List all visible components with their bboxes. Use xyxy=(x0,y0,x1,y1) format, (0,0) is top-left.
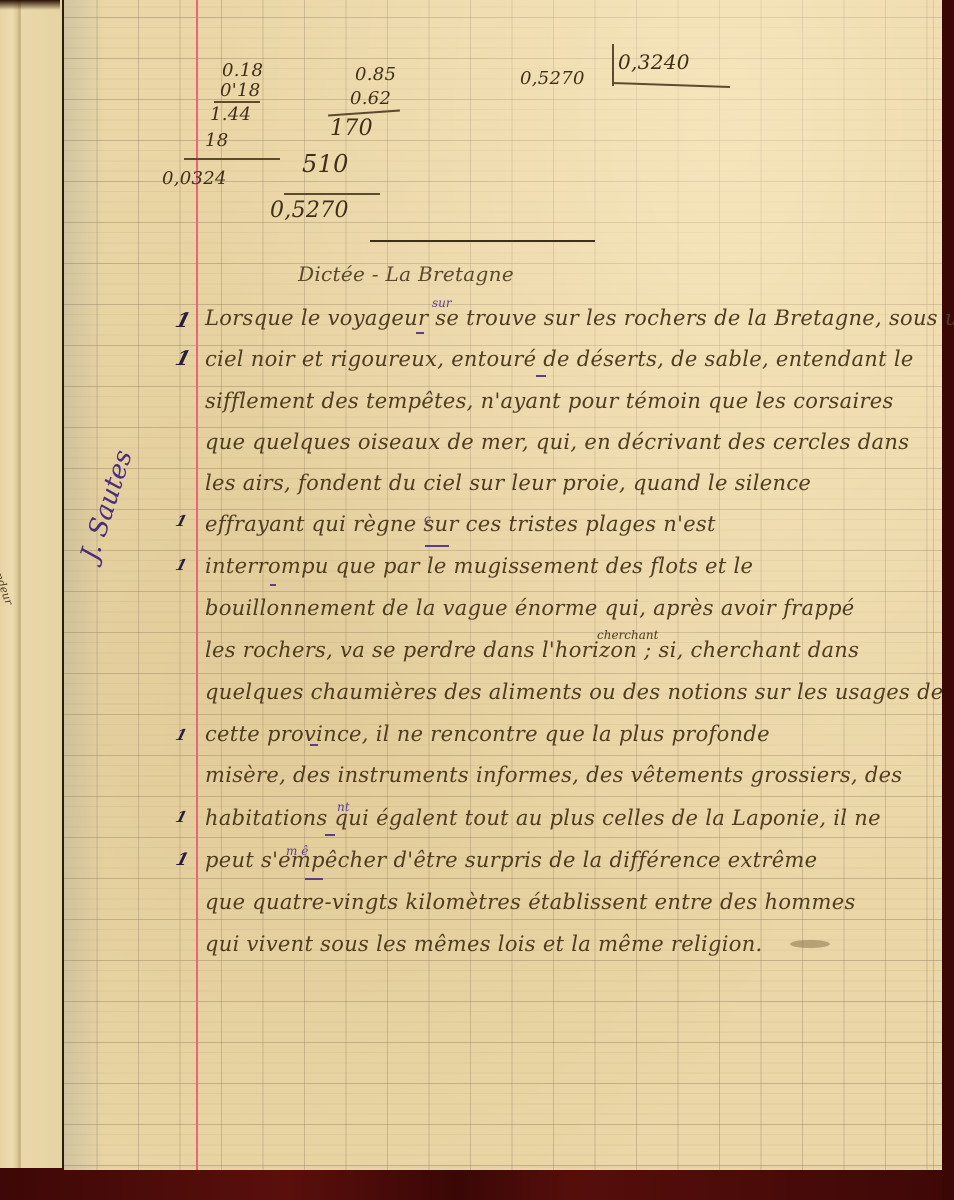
correction-ces: c xyxy=(424,512,431,526)
dictation-line: Lorsque le voyageur se trouve sur les ro… xyxy=(205,306,954,330)
dictation-line: les rochers, va se perdre dans l'horizon… xyxy=(205,638,859,662)
correction-underline xyxy=(425,545,449,547)
binding-shadow xyxy=(0,0,60,10)
correction-underline xyxy=(305,878,323,880)
side-value-right: 0,3240 xyxy=(618,50,690,74)
calc1-rule-1 xyxy=(214,101,260,103)
left-page-stack: ondeur xyxy=(0,0,64,1168)
dictation-line: ciel noir et rigoureux, entouré de déser… xyxy=(205,347,914,371)
calc2-operand-b: 0.62 xyxy=(350,88,391,109)
dictation-line: que quatre-vingts kilomètres établissent… xyxy=(205,890,856,914)
calc1-operand-a: 0.18 xyxy=(222,60,263,81)
dictation-line: effrayant qui règne sur ces tristes plag… xyxy=(205,512,716,536)
correction-egalent: nt xyxy=(337,800,350,814)
correction-underline xyxy=(536,375,546,377)
dictation-line: que quelques oiseaux de mer, qui, en déc… xyxy=(205,430,909,454)
title-separator xyxy=(370,240,595,242)
dictation-line: cette province, il ne rencontre que la p… xyxy=(205,722,770,746)
page-title: Dictée - La Bretagne xyxy=(298,262,514,286)
dictation-line: misère, des instruments informes, des vê… xyxy=(205,763,902,787)
calc2-partial-2: 510 xyxy=(302,150,349,178)
correction-underline xyxy=(325,834,335,836)
side-value-bracket xyxy=(612,44,614,86)
calc1-partial-1: 1.44 xyxy=(210,104,251,125)
calc1-partial-2: 18 xyxy=(205,130,229,151)
correction-cherchant: cherchant xyxy=(597,628,658,642)
notebook-cover-bottom xyxy=(0,1165,954,1200)
calc2-partial-1: 170 xyxy=(330,116,373,141)
correction-underline xyxy=(270,584,276,586)
dictation-line: interrompu que par le mugissement des fl… xyxy=(205,554,753,578)
dictation-line: bouillonnement de la vague énorme qui, a… xyxy=(205,596,855,620)
calc2-operand-a: 0.85 xyxy=(355,64,396,85)
dictation-line: habitations qui égalent tout au plus cel… xyxy=(205,806,881,830)
calc1-result: 0,0324 xyxy=(162,168,227,189)
correction-empecher: m ê xyxy=(286,844,308,858)
left-page-edge-text: ondeur xyxy=(0,565,16,607)
correction-underline xyxy=(310,744,318,746)
correction-sur: sur xyxy=(432,296,452,310)
correction-underline xyxy=(416,332,424,334)
page-fold xyxy=(18,0,21,1168)
calc2-rule-2 xyxy=(284,193,380,195)
side-value-left: 0,5270 xyxy=(520,68,585,89)
ink-smudge xyxy=(790,940,830,948)
dictation-line: qui vivent sous les mêmes lois et la mêm… xyxy=(205,932,763,956)
calc2-result: 0,5270 xyxy=(270,198,349,223)
calc1-rule-2 xyxy=(184,158,280,160)
dictation-line: quelques chaumières des aliments ou des … xyxy=(205,680,944,704)
notebook-cover-right xyxy=(942,0,954,1200)
dictation-line: sifflement des tempêtes, n'ayant pour té… xyxy=(205,389,894,413)
dictation-line: les airs, fondent du ciel sur leur proie… xyxy=(205,471,811,495)
calc1-operand-b: 0'18 xyxy=(220,80,261,101)
